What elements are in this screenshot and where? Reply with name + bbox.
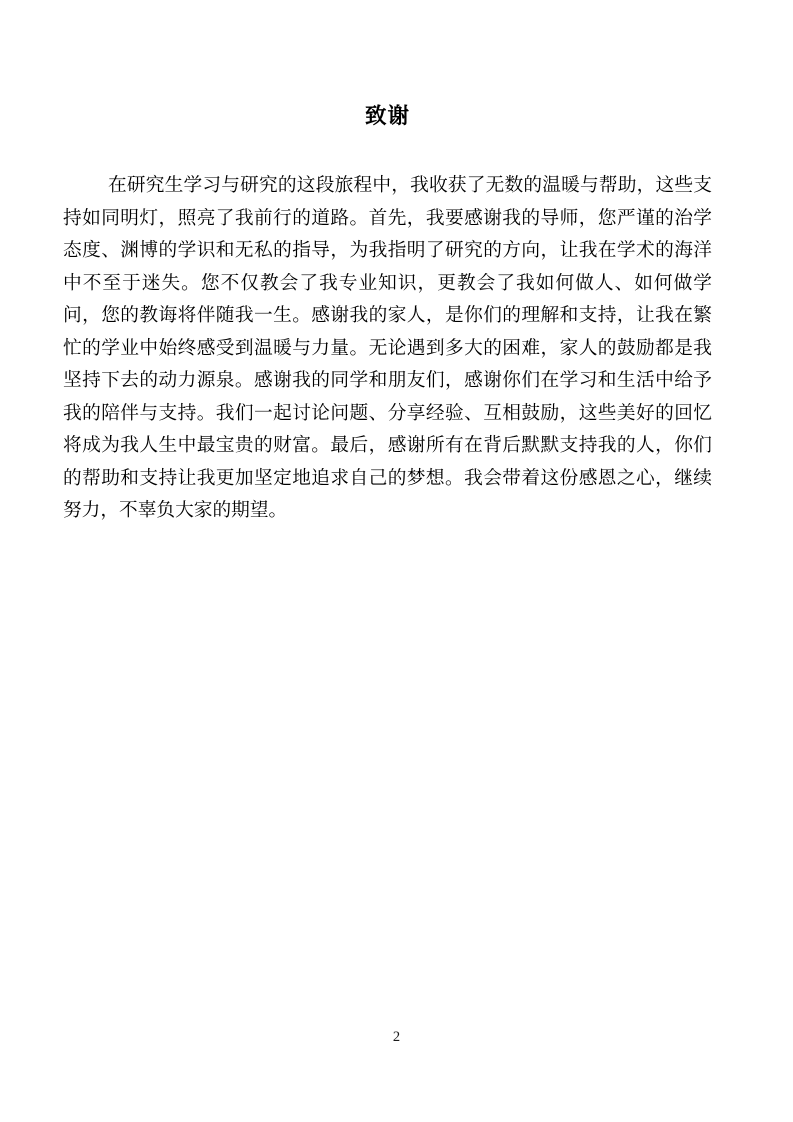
page-title: 致谢 bbox=[63, 0, 712, 129]
document-page: 致谢 在研究生学习与研究的这段旅程中，我收获了无数的温暖与帮助，这些支持如同明灯… bbox=[0, 0, 793, 1122]
acknowledgement-paragraph: 在研究生学习与研究的这段旅程中，我收获了无数的温暖与帮助，这些支持如同明灯，照亮… bbox=[63, 170, 712, 528]
page-number: 2 bbox=[0, 1028, 793, 1046]
page-content: 致谢 在研究生学习与研究的这段旅程中，我收获了无数的温暖与帮助，这些支持如同明灯… bbox=[63, 0, 712, 528]
